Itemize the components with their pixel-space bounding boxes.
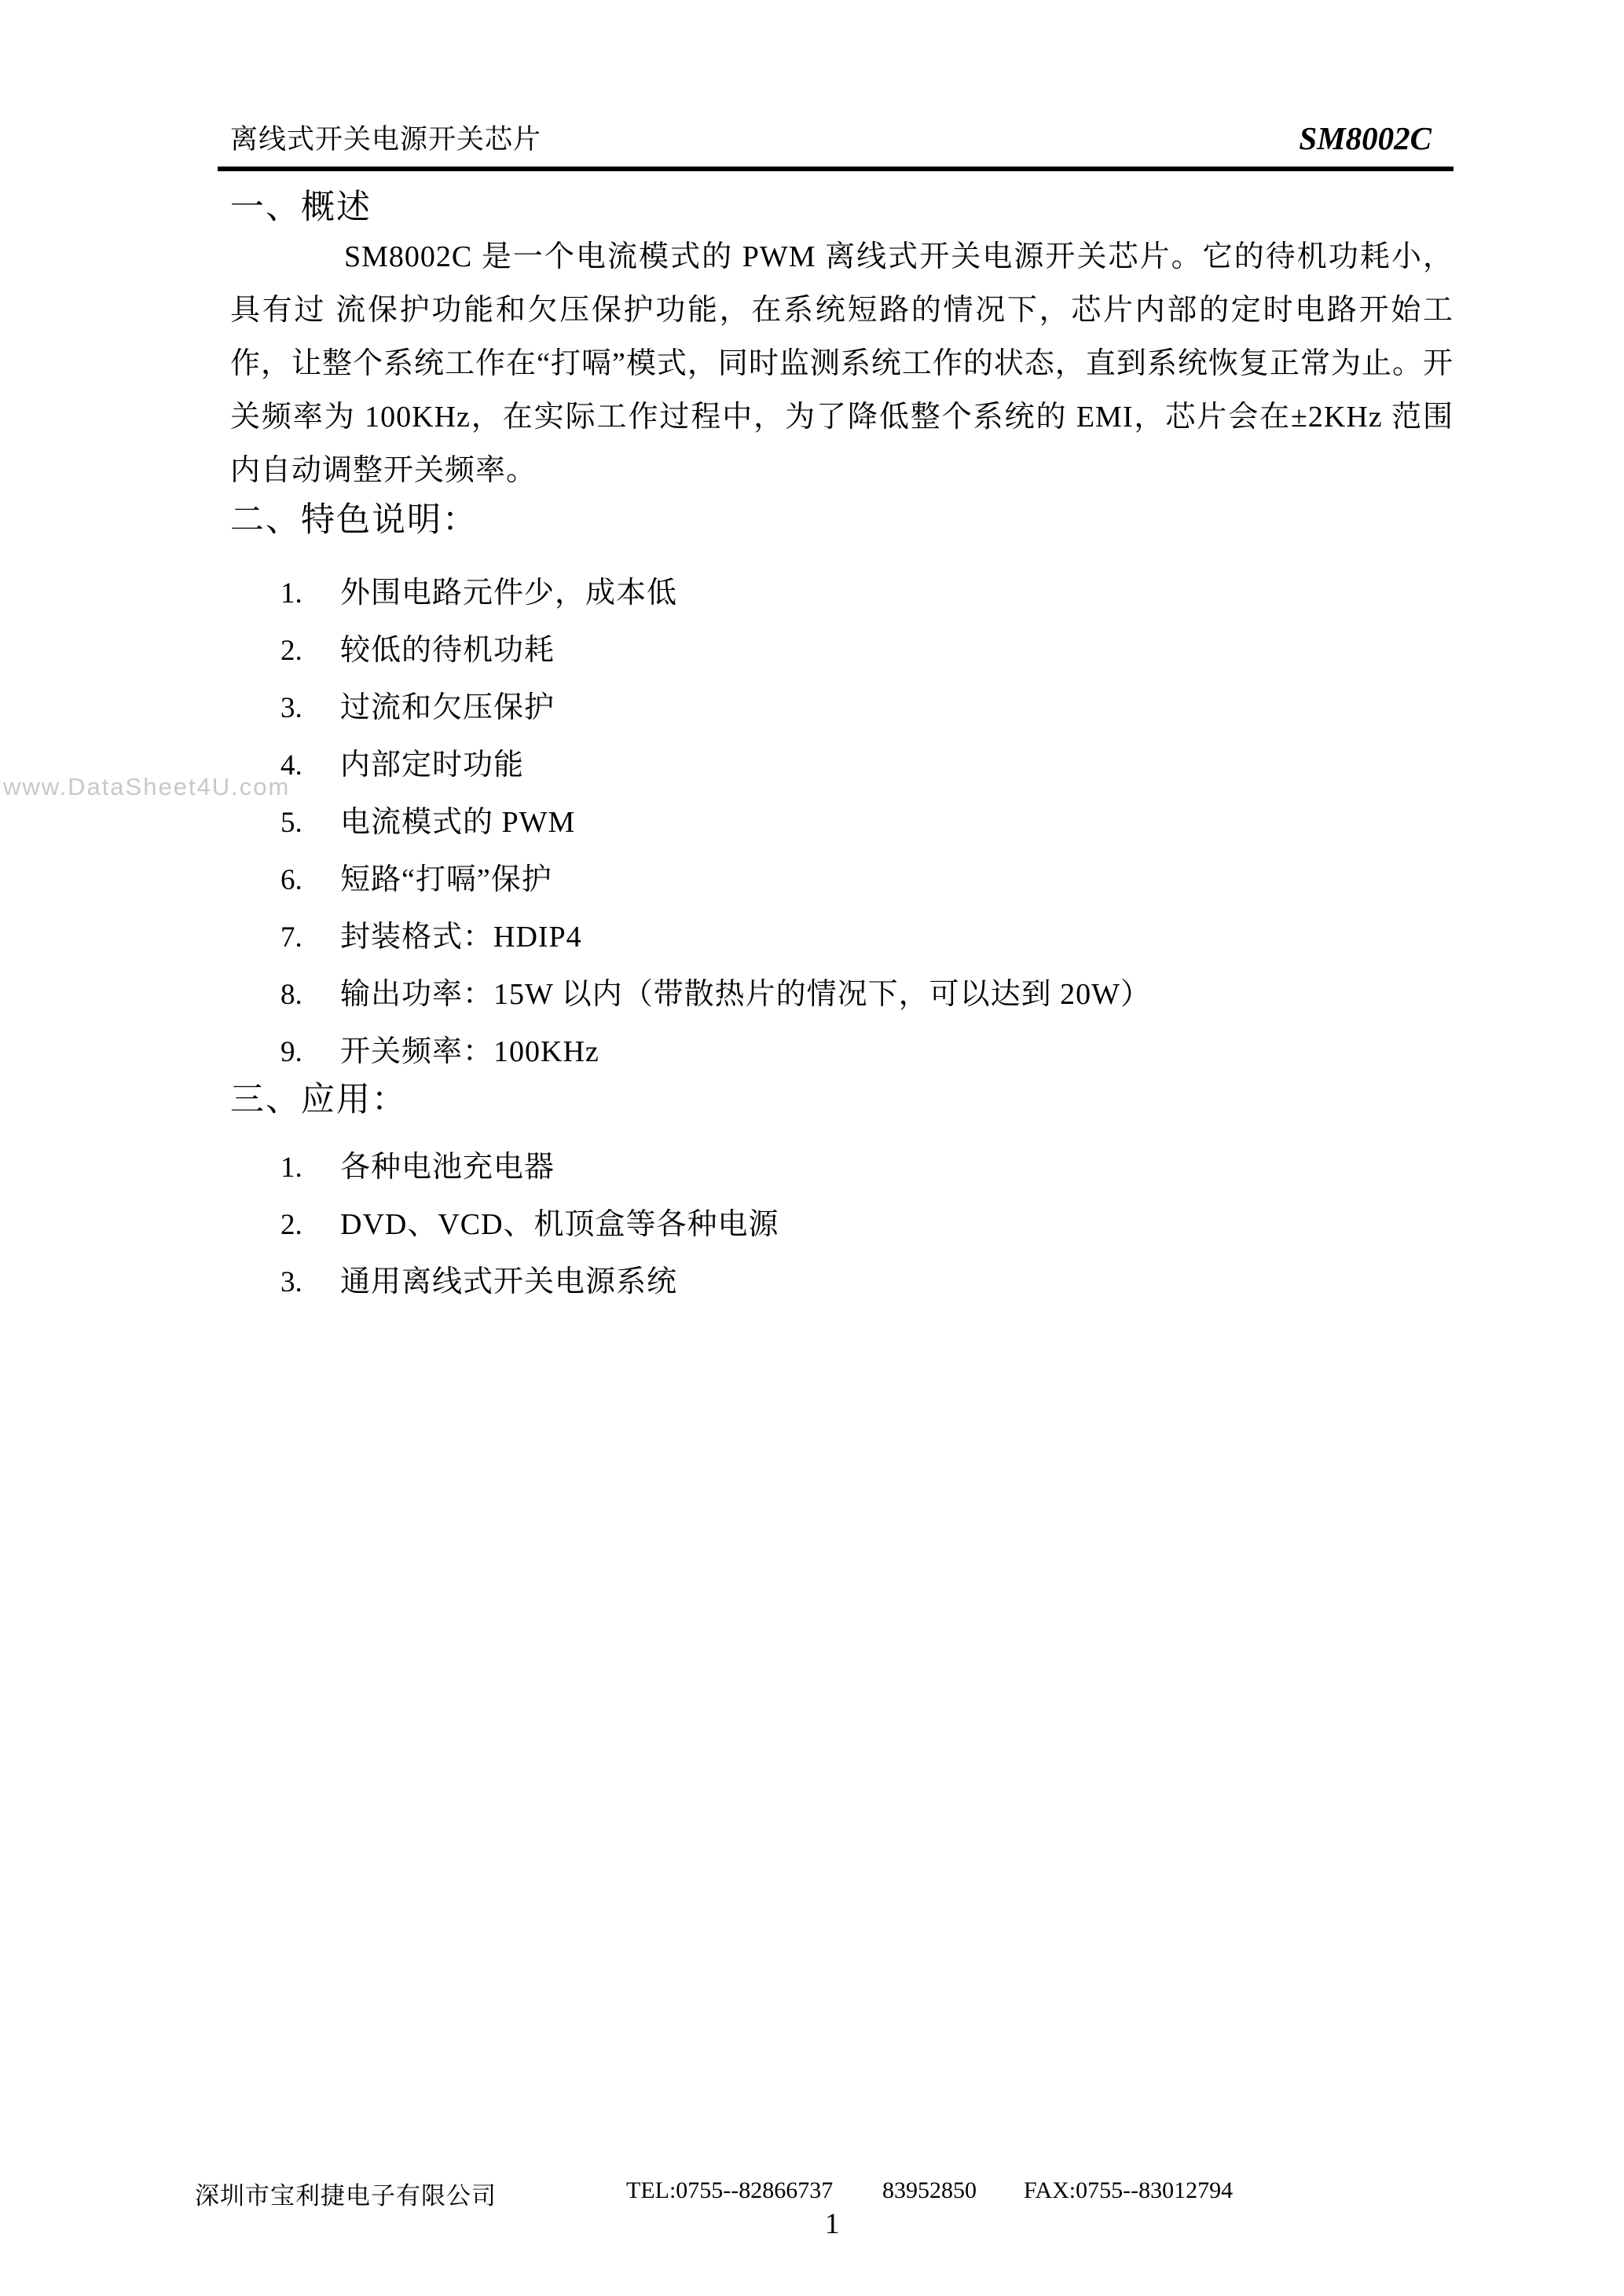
datasheet-page: www.DataSheet4U.com 离线式开关电源开关芯片 SM8002C … xyxy=(0,0,1624,2296)
footer-telephone: TEL:0755--82866737 xyxy=(626,2177,833,2204)
list-item: 3. 通用离线式开关电源系统 xyxy=(280,1254,1454,1311)
footer-company-name: 深圳市宝利捷电子有限公司 xyxy=(195,2176,497,2211)
list-item-text: 较低的待机功耗 xyxy=(340,622,555,679)
list-item-number: 6. xyxy=(280,851,340,909)
list-item-text: 开关频率：100KHz xyxy=(340,1023,599,1081)
list-item-text: DVD、VCD、机顶盒等各种电源 xyxy=(340,1196,779,1254)
list-item-number: 8. xyxy=(280,966,340,1023)
list-item-number: 3. xyxy=(280,1254,340,1311)
list-item-number: 7. xyxy=(280,909,340,966)
list-item-number: 2. xyxy=(280,1196,340,1254)
page-footer: 深圳市宝利捷电子有限公司 TEL:0755--82866737 83952850… xyxy=(0,2176,1624,2207)
list-item-number: 4. xyxy=(280,737,340,794)
header-product-title: 离线式开关电源开关芯片 xyxy=(218,118,541,157)
list-item: 1. 各种电池充电器 xyxy=(280,1139,1454,1196)
list-item-number: 3. xyxy=(280,679,340,737)
list-item: 9. 开关频率：100KHz xyxy=(280,1023,1454,1081)
list-item: 5. 电流模式的 PWM xyxy=(280,794,1454,851)
list-item: 6. 短路“打嗝”保护 xyxy=(280,851,1454,909)
list-item-text: 过流和欠压保护 xyxy=(340,679,555,737)
list-item: 3. 过流和欠压保护 xyxy=(280,679,1454,737)
page-header: 离线式开关电源开关芯片 SM8002C xyxy=(218,118,1454,171)
list-item: 2. 较低的待机功耗 xyxy=(280,622,1454,679)
list-item-number: 5. xyxy=(280,794,340,851)
list-item-number: 2. xyxy=(280,622,340,679)
list-item-number: 1. xyxy=(280,565,340,622)
page-number: 1 xyxy=(825,2207,840,2241)
features-list: 1. 外围电路元件少，成本低 2. 较低的待机功耗 3. 过流和欠压保护 4. … xyxy=(218,565,1454,1081)
list-item-text: 通用离线式开关电源系统 xyxy=(340,1254,677,1311)
overview-paragraph: SM8002C 是一个电流模式的 PWM 离线式开关电源开关芯片。它的待机功耗小… xyxy=(218,230,1454,497)
applications-list: 1. 各种电池充电器 2. DVD、VCD、机顶盒等各种电源 3. 通用离线式开… xyxy=(218,1139,1454,1311)
list-item: 1. 外围电路元件少，成本低 xyxy=(280,565,1454,622)
list-item-text: 外围电路元件少，成本低 xyxy=(340,565,677,622)
section-heading-applications: 三、应用： xyxy=(218,1083,1454,1118)
list-item: 8. 输出功率：15W 以内（带散热片的情况下，可以达到 20W） xyxy=(280,966,1454,1023)
section-heading-features: 二、特色说明： xyxy=(218,504,1454,538)
list-item-text: 短路“打嗝”保护 xyxy=(340,851,552,909)
list-item-number: 1. xyxy=(280,1139,340,1196)
list-item: 4. 内部定时功能 xyxy=(280,737,1454,794)
list-item-text: 内部定时功能 xyxy=(340,737,524,794)
list-item-number: 9. xyxy=(280,1023,340,1081)
list-item-text: 各种电池充电器 xyxy=(340,1139,555,1196)
list-item: 7. 封装格式：HDIP4 xyxy=(280,909,1454,966)
list-item-text: 输出功率：15W 以内（带散热片的情况下，可以达到 20W） xyxy=(340,966,1151,1023)
section-heading-overview: 一、概述 xyxy=(218,191,1454,225)
page-content: 离线式开关电源开关芯片 SM8002C 一、概述 SM8002C 是一个电流模式… xyxy=(218,0,1454,1311)
footer-telephone-2: 83952850 xyxy=(882,2177,977,2204)
list-item-text: 封装格式：HDIP4 xyxy=(340,909,582,966)
list-item-text: 电流模式的 PWM xyxy=(340,794,575,851)
list-item: 2. DVD、VCD、机顶盒等各种电源 xyxy=(280,1196,1454,1254)
footer-fax: FAX:0755--83012794 xyxy=(1024,2177,1233,2204)
header-part-number: SM8002C xyxy=(1299,119,1454,157)
